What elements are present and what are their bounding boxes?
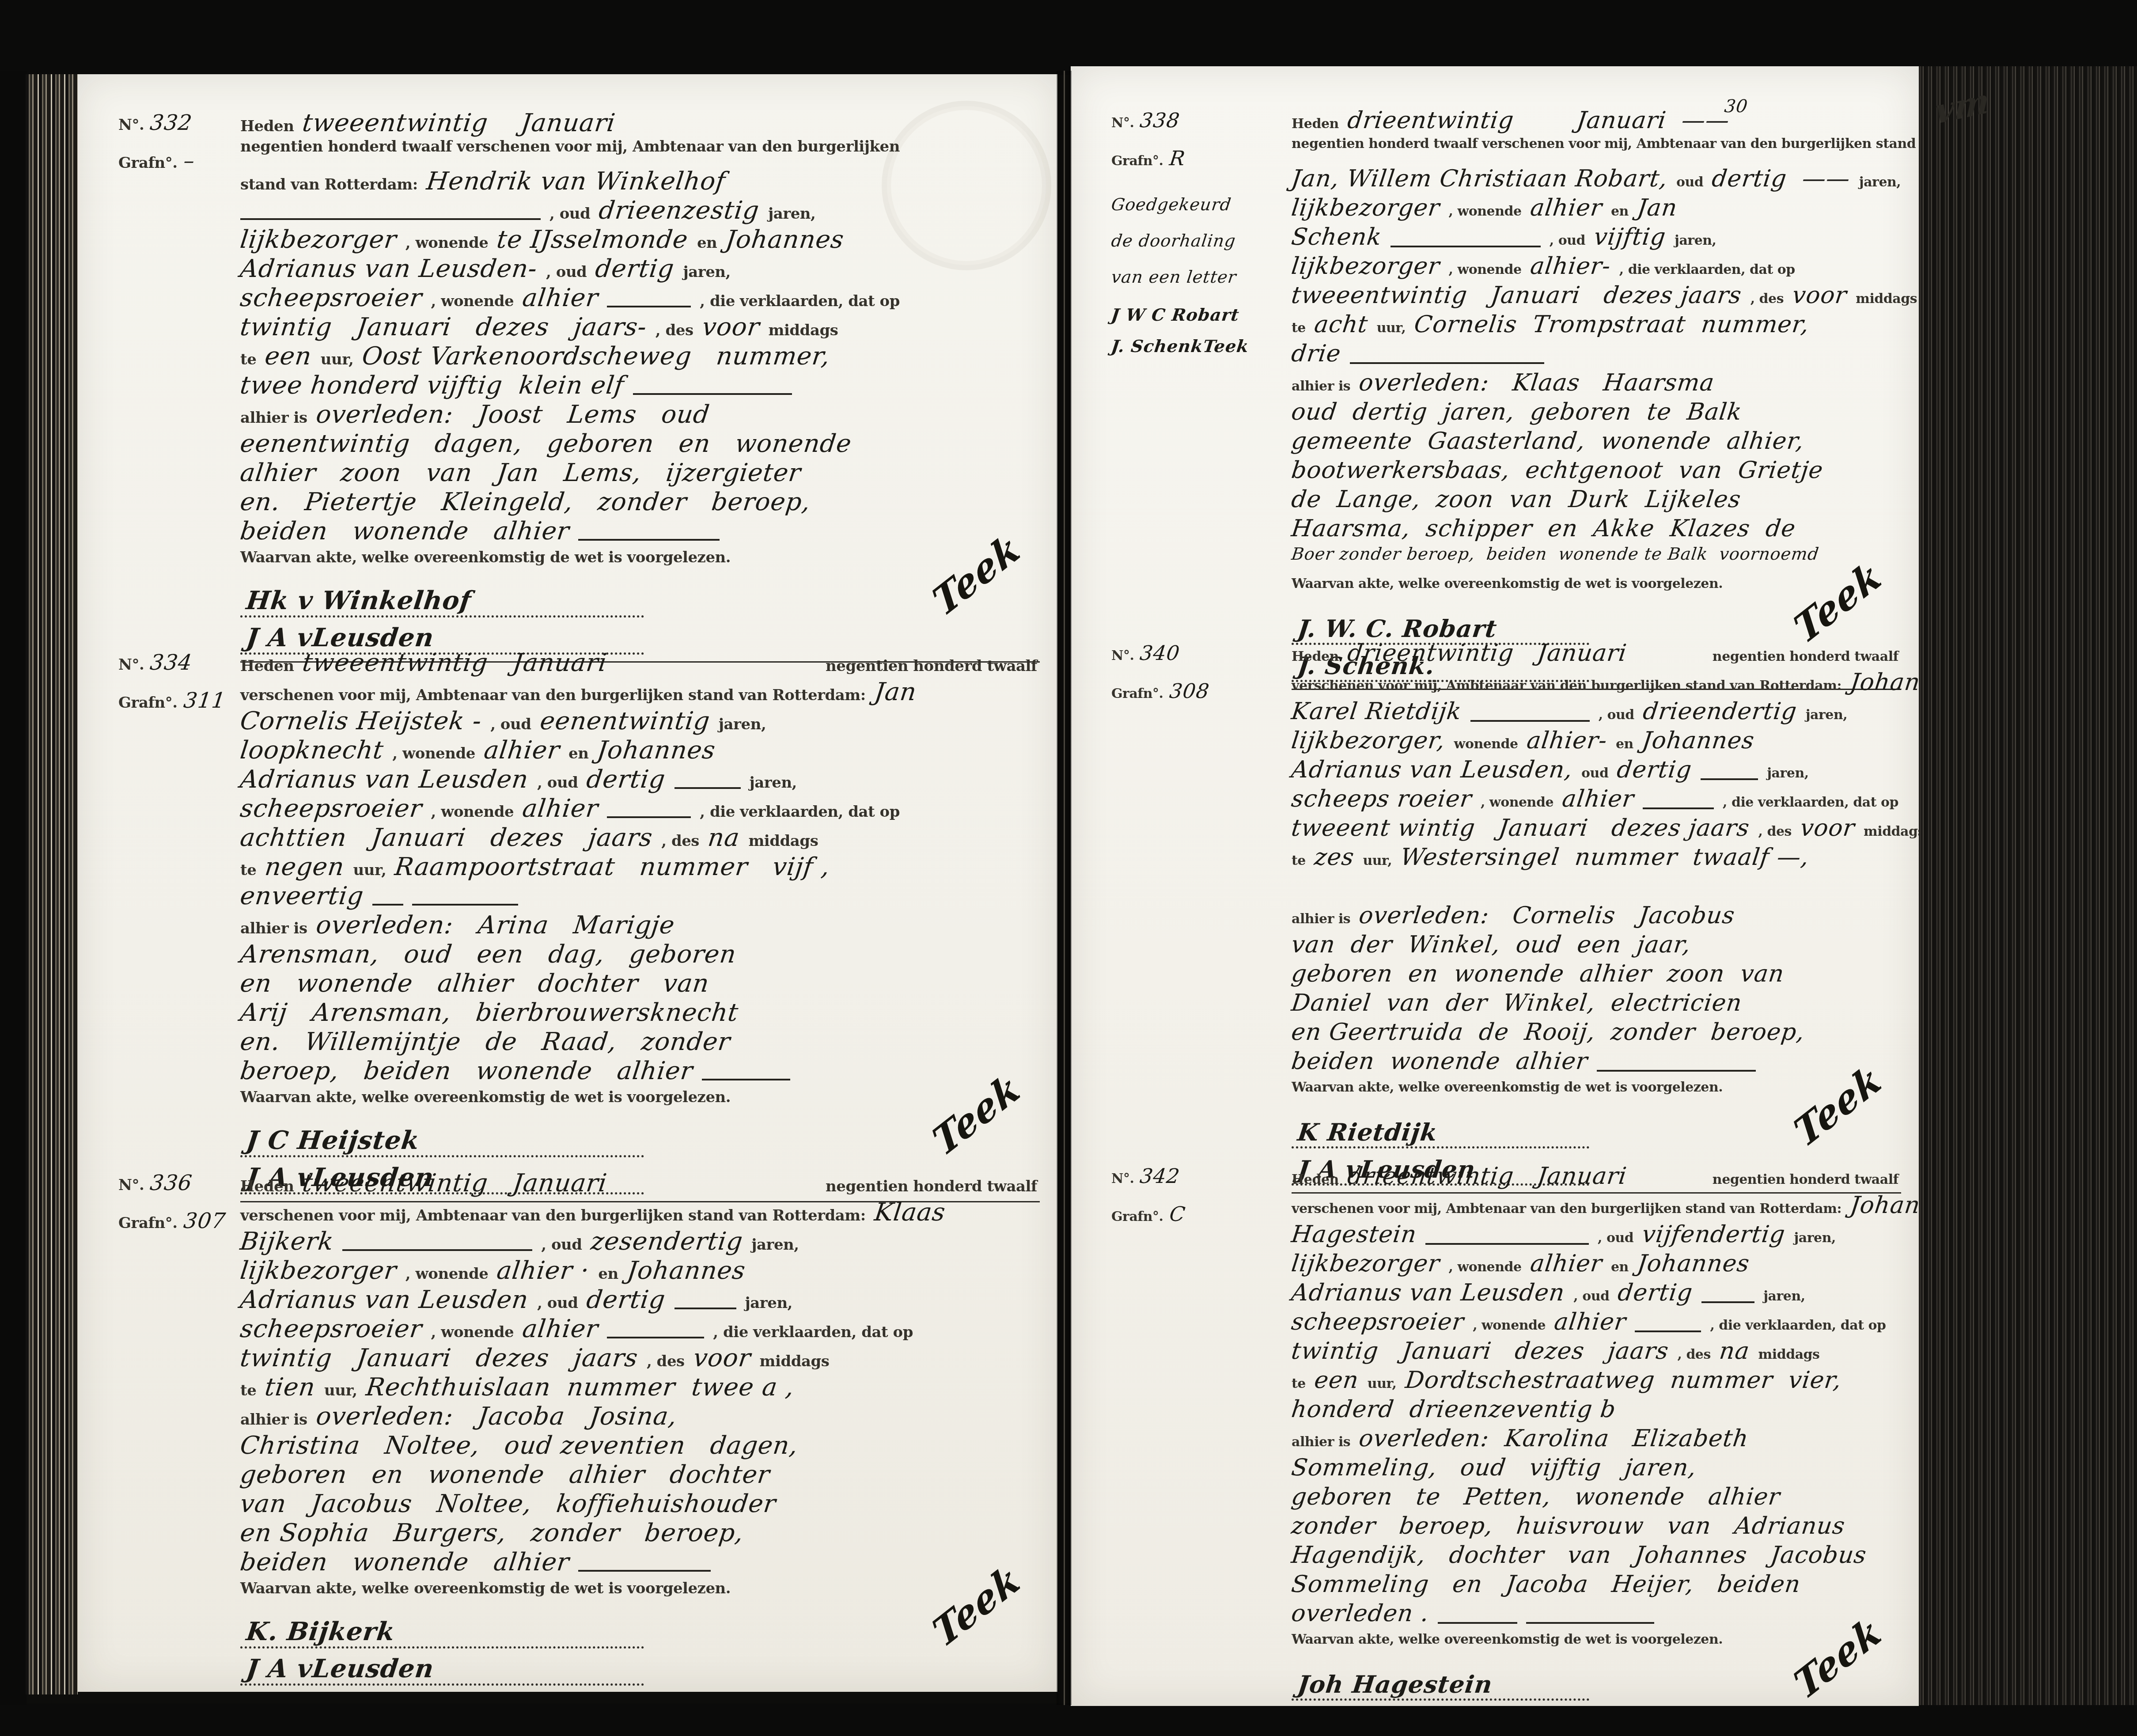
handwritten-text: van der Winkel, oud een jaar, xyxy=(1290,931,1692,958)
record-line: beiden wonende alhier xyxy=(1292,1048,1907,1077)
handwritten-text: Adrianus van Leusden xyxy=(239,1285,530,1314)
handwritten-text: Bijkerk xyxy=(239,1227,335,1256)
record-line: Cornelis Heijstek -, oudeenentwintigjare… xyxy=(240,707,1046,736)
record-line: twintig Januari dezes jaars, desvoormidd… xyxy=(240,1344,1046,1373)
blank-field-rule xyxy=(412,904,518,906)
printed-text: , die verklaarden, dat op xyxy=(1619,262,1795,277)
handwritten-text: 338 xyxy=(1139,109,1182,132)
record-line: oud dertig jaren, geboren te Balk xyxy=(1292,398,1907,428)
printed-text: jaren, xyxy=(768,205,815,223)
printed-text: middags xyxy=(1758,1347,1820,1362)
handwritten-text: drieentwintig Januari —— xyxy=(1346,107,1731,134)
printed-text: negentien honderd twaalf xyxy=(1713,649,1898,664)
handwritten-text: Sommeling en Jacoba Heijer, beiden xyxy=(1290,1571,1802,1598)
record-line: Haarsma, schipper en Akke Klazes de xyxy=(1292,515,1907,544)
handwritten-text: dertig xyxy=(1617,1279,1694,1306)
record-line: lijkbezorger, wonendealhier ·enJohannes xyxy=(240,1256,1046,1285)
printed-text: alhier is xyxy=(1292,379,1350,394)
handwritten-text: Raampoortstraat nummer vijf , xyxy=(393,853,831,881)
blank-field-rule xyxy=(1438,1622,1517,1624)
record-line: beiden wonende alhier xyxy=(240,1548,1046,1577)
printed-text: Grafn°. xyxy=(118,1214,178,1232)
witness-signature: J A vLeusden xyxy=(245,1654,436,1683)
register-right-page: 30N°.338Grafn°.RGoedgekeurdde doorhaling… xyxy=(1071,66,1919,1706)
handwritten-text: tweeentwintig Januari xyxy=(301,648,609,677)
handwritten-text: twintig Januari dezes jaars xyxy=(239,1344,640,1372)
record-line: twintig Januari dezes jaars-, desvoormid… xyxy=(240,313,1046,342)
printed-text: Heden xyxy=(240,118,294,135)
printed-text: uur, xyxy=(353,861,386,879)
handwritten-text: drieentwintig Januari xyxy=(1346,640,1628,667)
record-line: alhier isoverleden: Cornelis Jacobus xyxy=(1292,902,1907,931)
printed-text: en xyxy=(697,234,717,252)
graf-number: Grafn°.308 xyxy=(1111,679,1292,717)
record-line: Arensman, oud een dag, geboren xyxy=(240,940,1046,969)
printed-text: alhier is xyxy=(1292,911,1350,927)
record-line xyxy=(1292,873,1907,902)
handwritten-text: tweeentwintig Januari dezes jaars xyxy=(1290,282,1743,309)
handwritten-text: zes xyxy=(1313,844,1356,871)
handwritten-text: voor xyxy=(1799,815,1857,841)
witness-signature: K. Bijkerk xyxy=(245,1617,397,1646)
record-number: N°.340 xyxy=(1111,641,1292,679)
blank-field-rule xyxy=(633,393,792,395)
printed-text: middags xyxy=(760,1353,830,1370)
record-line: twintig Januari dezes jaars, desnamiddag… xyxy=(1292,1338,1907,1367)
handwritten-text: voor xyxy=(701,313,762,341)
record-line: Arij Arensman, bierbrouwersknecht xyxy=(240,998,1046,1027)
witness-signature-row: Hk v Winkelhof xyxy=(240,580,1046,618)
handwritten-text: zonder beroep, huisvrouw van Adrianus xyxy=(1290,1512,1846,1539)
book-edge-left xyxy=(0,71,27,1705)
handwritten-text: tien xyxy=(263,1373,317,1402)
record-line: enveertig xyxy=(240,882,1046,911)
record-line: lijkbezorger, wonendealhierenJohannes xyxy=(1292,1250,1907,1279)
handwritten-text: Johannes xyxy=(1849,1192,1919,1219)
witness-signature: J A vLeusden xyxy=(245,623,436,652)
printed-text: N°. xyxy=(118,116,144,134)
printed-text: te xyxy=(240,351,256,368)
book-fore-edge xyxy=(1918,66,2137,1705)
printed-text: , oud xyxy=(537,774,578,792)
death-record-entry-334: N°.334Grafn°.311Hedentweeentwintig Janua… xyxy=(78,648,1057,1194)
printed-text: , des xyxy=(1751,291,1784,307)
printed-text: oud xyxy=(1676,174,1703,190)
printed-text: uur, xyxy=(1377,320,1406,336)
handwritten-text: te IJsselmonde xyxy=(495,225,690,254)
handwritten-text: Jan xyxy=(1636,194,1679,221)
graf-number: Grafn°.307 xyxy=(118,1209,240,1247)
handwritten-text: eenentwintig xyxy=(538,707,712,735)
printed-text: , oud xyxy=(537,1294,578,1312)
handwritten-text: een xyxy=(1313,1367,1360,1394)
handwritten-text: twintig Januari dezes jaars- xyxy=(239,313,648,341)
entry-body: Hedendrieentwintig Januarinegentien hond… xyxy=(1292,1163,1919,1706)
printed-text: , wonende xyxy=(431,292,514,310)
handwritten-text: Dordtschestraatweg nummer vier, xyxy=(1404,1367,1843,1394)
handwritten-text: bootwerkersbaas, echtgenoot van Grietje xyxy=(1290,457,1825,484)
handwritten-text: een xyxy=(263,342,313,371)
printed-text: , wonende xyxy=(392,745,475,762)
handwritten-text: tweeentwintig Januari xyxy=(301,1169,609,1198)
handwritten-text: overleden: Cornelis Jacobus xyxy=(1357,902,1736,929)
printed-text: N°. xyxy=(1111,1171,1134,1186)
page-stack-texture xyxy=(26,74,78,1694)
handwritten-text: alhier- xyxy=(1529,253,1612,280)
printed-text: jaren, xyxy=(750,774,797,792)
handwritten-text: scheepsroeier xyxy=(1290,1308,1466,1335)
handwritten-text: Hagendijk, dochter van Johannes Jacobus xyxy=(1290,1542,1868,1569)
photo-dark-band-top xyxy=(0,0,2137,75)
record-line: Hedentweeentwintig Januarinegentien hond… xyxy=(240,648,1046,678)
printed-text: , wonende xyxy=(431,803,514,821)
record-number: N°.332 xyxy=(118,110,240,148)
printed-text: jaren, xyxy=(751,1236,799,1254)
printed-text: N°. xyxy=(1111,115,1134,131)
handwritten-text: Klaas xyxy=(873,1198,947,1227)
record-line: verschenen voor mij, Ambtenaar van den b… xyxy=(240,1198,1046,1227)
handwritten-text: 307 xyxy=(182,1209,227,1233)
handwritten-text: scheepsroeier xyxy=(239,1315,424,1343)
printed-text: Grafn°. xyxy=(1111,1209,1163,1224)
handwritten-text: beiden wonende alhier xyxy=(1290,1048,1589,1075)
printed-text: verschenen voor mij, Ambtenaar van den b… xyxy=(1292,1201,1841,1217)
printed-text: N°. xyxy=(118,656,144,674)
printed-text: , die verklaarden, dat op xyxy=(700,292,900,310)
witness-signature-row: J C Heijstek xyxy=(240,1120,1046,1157)
witness-signature-row: K. Bijkerk xyxy=(240,1611,1046,1649)
record-line: geboren en wonende alhier zoon van xyxy=(1292,960,1907,989)
handwritten-text: Johannes xyxy=(625,1256,747,1285)
printed-text: Heden xyxy=(1292,116,1339,132)
printed-text: jaren, xyxy=(1859,174,1901,190)
handwritten-text: alhier xyxy=(1553,1308,1628,1335)
handwritten-text: dertig xyxy=(585,1285,667,1314)
printed-text: alhier is xyxy=(1292,1434,1350,1450)
blank-field-rule xyxy=(1526,1622,1654,1624)
entry-margin-column: N°.340Grafn°.308 xyxy=(1071,640,1292,717)
handwritten-text: Rechthuislaan nummer twee a , xyxy=(364,1373,796,1402)
graf-number: Grafn°.– xyxy=(118,148,240,186)
handwritten-text: 332 xyxy=(149,110,194,135)
handwritten-text: en Geertruida de Rooij, zonder beroep, xyxy=(1290,1019,1806,1046)
handwritten-text: Adrianus van Leusden- xyxy=(239,254,539,283)
record-line: tezesuur,Westersingel nummer twaalf —, xyxy=(1292,844,1907,873)
blank-field-rule xyxy=(240,218,541,220)
witness-signature: K Rietdijk xyxy=(1296,1118,1439,1146)
printed-text: Waarvan akte, welke overeenkomstig de we… xyxy=(240,1580,731,1597)
handwritten-text: honderd drieenzeventig b xyxy=(1290,1396,1618,1423)
record-line: Karel Rietdijk, ouddrieendertigjaren, xyxy=(1292,698,1907,727)
record-line: Adrianus van Leusden, ouddertigjaren, xyxy=(1292,1279,1907,1308)
entry-margin-column: N°.336Grafn°.307 xyxy=(78,1169,240,1247)
handwritten-text: alhier xyxy=(521,794,600,823)
signature-line: Joh Hagestein xyxy=(1292,1670,1589,1701)
printed-text: Waarvan akte, welke overeenkomstig de we… xyxy=(1292,1080,1723,1095)
record-line: tweeentwintig Januari dezes jaars, desvo… xyxy=(1292,282,1907,311)
record-line: drie xyxy=(1292,340,1907,369)
graf-number: Grafn°.311 xyxy=(118,688,240,726)
printed-text: Heden xyxy=(1292,1172,1339,1187)
handwritten-text: alhier · xyxy=(495,1256,591,1285)
handwritten-text: lijkbezorger xyxy=(1290,1250,1441,1277)
printed-text: stand van Rotterdam: xyxy=(240,176,418,193)
handwritten-text: drie xyxy=(1290,340,1342,367)
blank-field-rule xyxy=(1425,1243,1589,1245)
blank-field-rule xyxy=(342,1249,532,1251)
handwritten-text: na xyxy=(706,823,741,852)
record-line: beroep, beiden wonende alhier xyxy=(240,1057,1046,1086)
printed-text: uur, xyxy=(1363,853,1392,868)
printed-text: jaren, xyxy=(683,263,730,281)
graf-number: Grafn°.R xyxy=(1111,147,1292,185)
handwritten-text: Hagestein xyxy=(1290,1221,1418,1248)
blank-field-rule xyxy=(1470,720,1590,722)
handwritten-text: twee honderd vijftig klein elf xyxy=(239,371,626,400)
handwritten-text: en. Willemijntje de Raad, zonder xyxy=(239,1027,732,1056)
handwritten-text: de Lange, zoon van Durk Lijkeles xyxy=(1290,486,1743,513)
entry-body: Hedentweeentwintig Januarinegentien hond… xyxy=(240,109,1057,655)
closing-formula-line: Waarvan akte, welke overeenkomstig de we… xyxy=(240,1088,1046,1120)
handwritten-text: 308 xyxy=(1168,679,1211,703)
entry-margin-column: N°.342Grafn°.C xyxy=(1071,1163,1292,1240)
printed-text: middags xyxy=(1864,824,1919,839)
handwritten-text: Johannes xyxy=(595,736,717,765)
handwritten-text: overleden: Klaas Haarsma xyxy=(1357,369,1716,396)
record-line: en. Willemijntje de Raad, zonder xyxy=(240,1027,1046,1057)
handwritten-text: dertig xyxy=(594,254,676,283)
printed-text: , wonende xyxy=(1481,795,1553,810)
handwritten-text: voor xyxy=(1791,282,1849,309)
record-line: overleden . xyxy=(1292,1600,1907,1629)
handwritten-text: Adrianus van Leusden xyxy=(1290,1279,1566,1306)
record-line: , ouddrieenzestigjaren, xyxy=(240,196,1046,225)
printed-text: uur, xyxy=(321,351,354,368)
record-line: lijkbezorger, wonendealhier-, die verkla… xyxy=(1292,253,1907,282)
printed-text: verschenen voor mij, Ambtenaar van den b… xyxy=(1292,678,1841,694)
printed-text: , die verklaarden, dat op xyxy=(713,1323,913,1341)
printed-text: Grafn°. xyxy=(118,154,178,172)
blank-field-rule xyxy=(1391,246,1541,247)
printed-text: , des xyxy=(1758,824,1792,839)
handwritten-text: scheeps roeier xyxy=(1290,785,1473,812)
record-line: en Sophia Burgers, zonder beroep, xyxy=(240,1519,1046,1548)
printed-text: N°. xyxy=(1111,648,1134,663)
printed-text: alhier is xyxy=(240,409,307,427)
handwritten-text: drieenzestig xyxy=(597,196,761,225)
printed-text: , oud xyxy=(1550,233,1585,248)
printed-text: uur, xyxy=(324,1382,357,1399)
blank-field-rule xyxy=(674,1308,736,1309)
printed-text: , des xyxy=(655,322,693,339)
printed-text: negentien honderd twaalf xyxy=(1713,1172,1898,1187)
witness-signature: J. W. C. Robart xyxy=(1296,614,1499,643)
record-line: Hagestein, oudvijfendertigjaren, xyxy=(1292,1221,1907,1250)
handwritten-text: en. Pietertje Kleingeld, zonder beroep, xyxy=(239,488,812,516)
margin-annotation: Goedgekeurd xyxy=(1109,188,1233,221)
handwritten-text: – xyxy=(182,148,196,173)
handwritten-text: vijftig xyxy=(1592,224,1667,250)
printed-text: jaren, xyxy=(1675,233,1716,248)
handwritten-text: alhier xyxy=(521,1315,600,1343)
printed-text: , des xyxy=(661,832,699,850)
handwritten-text: Arij Arensman, bierbrouwersknecht xyxy=(239,998,740,1027)
record-line: Bijkerk, oudzesendertigjaren, xyxy=(240,1227,1046,1256)
record-line: gemeente Gaasterland, wonende alhier, xyxy=(1292,428,1907,457)
handwritten-text: loopknecht xyxy=(239,736,385,765)
record-line: de Lange, zoon van Durk Lijkeles xyxy=(1292,486,1907,515)
printed-text: en xyxy=(1616,736,1633,752)
record-line: alhier isoverleden: Arina Marigje xyxy=(240,911,1046,940)
record-line: tetienuur,Rechthuislaan nummer twee a , xyxy=(240,1373,1046,1402)
blank-field-rule xyxy=(607,1337,704,1338)
book-gutter-line xyxy=(1064,71,1065,1705)
signature-line: K Rietdijk xyxy=(1292,1118,1589,1148)
printed-text: jaren, xyxy=(745,1294,792,1312)
printed-text: jaren, xyxy=(1767,766,1808,781)
handwritten-text: alhier zoon van Jan Lems, ijzergieter xyxy=(239,459,803,487)
printed-text: negentien honderd twaalf verschenen voor… xyxy=(240,138,900,155)
record-number: N°.338 xyxy=(1111,109,1292,147)
handwritten-text: 340 xyxy=(1139,641,1182,665)
printed-text: en xyxy=(1611,204,1629,219)
handwritten-text: acht xyxy=(1313,311,1369,338)
record-line: scheepsroeier, wonendealhier, die verkla… xyxy=(240,794,1046,823)
handwritten-text: Johannes xyxy=(1641,727,1756,754)
scanned-register-photo: N°.332Grafn°.–Hedentweeentwintig Januari… xyxy=(0,0,2137,1736)
blank-field-rule xyxy=(578,1570,711,1572)
signature-line: K. Bijkerk xyxy=(240,1617,644,1649)
printed-text: Grafn°. xyxy=(1111,153,1163,169)
margin-annotation: de doorhaling xyxy=(1109,224,1238,257)
handwritten-text: Arensman, oud een dag, geboren xyxy=(239,940,738,969)
death-record-entry-332: N°.332Grafn°.–Hedentweeentwintig Januari… xyxy=(78,109,1057,655)
handwritten-text: Adrianus van Leusden, xyxy=(1290,756,1574,783)
handwritten-text: Westersingel nummer twaalf —, xyxy=(1399,844,1811,871)
handwritten-text: drieentwintig Januari xyxy=(1346,1163,1628,1190)
photo-dark-band-bottom xyxy=(0,1703,2137,1736)
record-line: scheeps roeier, wonendealhier, die verkl… xyxy=(1292,785,1907,815)
handwritten-text: Schenk xyxy=(1290,224,1383,250)
blank-field-rule xyxy=(607,306,691,307)
record-line: Hedendrieentwintig Januari —— xyxy=(1292,107,1907,136)
closing-formula-line: Waarvan akte, welke overeenkomstig de we… xyxy=(240,1580,1046,1611)
handwritten-text: overleden: Karolina Elizabeth xyxy=(1357,1425,1750,1452)
printed-text: Grafn°. xyxy=(1111,686,1163,701)
record-line: Sommeling, oud vijftig jaren, xyxy=(1292,1454,1907,1483)
left-page-entries: N°.332Grafn°.–Hedentweeentwintig Januari… xyxy=(78,74,1057,1692)
record-line: en. Pietertje Kleingeld, zonder beroep, xyxy=(240,488,1046,517)
margin-signature: J W C Robart xyxy=(1110,305,1240,325)
printed-text: verschenen voor mij, Ambtenaar van den b… xyxy=(240,686,866,704)
handwritten-text: 311 xyxy=(182,688,227,713)
record-line: Schenk, oudvijftigjaren, xyxy=(1292,224,1907,253)
record-line: en wonende alhier dochter van xyxy=(240,969,1046,998)
entry-body: Hedentweeentwintig Januarinegentien hond… xyxy=(240,1169,1057,1686)
printed-text: te xyxy=(240,861,256,879)
handwritten-text: van Jacobus Noltee, koffiehuishouder xyxy=(239,1490,778,1518)
printed-text: verschenen voor mij, Ambtenaar van den b… xyxy=(240,1207,866,1224)
record-line: scheepsroeier, wonendealhier, die verkla… xyxy=(1292,1308,1907,1338)
death-record-entry-340: N°.340Grafn°.308Hedendrieentwintig Janua… xyxy=(1071,640,1919,1186)
handwritten-text: Daniel van der Winkel, electricien xyxy=(1290,989,1743,1016)
printed-text: , wonende xyxy=(1473,1318,1546,1333)
record-line: Adrianus van Leusden-, ouddertigjaren, xyxy=(240,254,1046,284)
printed-text: , die verklaarden, dat op xyxy=(1723,795,1898,810)
printed-text: jaren, xyxy=(1794,1230,1836,1246)
handwritten-text: overleden . xyxy=(1290,1600,1430,1627)
printed-text: Waarvan akte, welke overeenkomstig de we… xyxy=(1292,1632,1723,1647)
printed-text: te xyxy=(1292,320,1306,336)
entry-margin-column: N°.332Grafn°.– xyxy=(78,109,240,186)
handwritten-text: geboren te Petten, wonende alhier xyxy=(1290,1483,1781,1510)
printed-text: , die verklaarden, dat op xyxy=(1710,1318,1886,1333)
record-line: van Jacobus Noltee, koffiehuishouder xyxy=(240,1490,1046,1519)
printed-text: , wonende xyxy=(431,1323,514,1341)
handwritten-text: lijkbezorger xyxy=(1290,194,1441,221)
handwritten-text: Cornelis Heijstek - xyxy=(239,707,483,735)
printed-text: alhier is xyxy=(240,1411,307,1429)
record-line: teeenuur,Dordtschestraatweg nummer vier, xyxy=(1292,1367,1907,1396)
handwritten-text: en wonende alhier dochter van xyxy=(239,969,711,998)
blank-field-rule xyxy=(372,904,403,906)
right-page-entries: 30N°.338Grafn°.RGoedgekeurdde doorhaling… xyxy=(1071,66,1919,1706)
handwritten-text: alhier xyxy=(1561,785,1636,812)
handwritten-text: Johannes xyxy=(724,225,846,254)
handwritten-text: Christina Noltee, oud zeventien dagen, xyxy=(239,1431,799,1460)
signature-line: J A vLeusden xyxy=(240,1654,644,1686)
handwritten-text: Cornelis Trompstraat nummer, xyxy=(1413,311,1811,338)
handwritten-text: 336 xyxy=(149,1171,194,1195)
record-line: Hedendrieentwintig Januarinegentien hond… xyxy=(1292,640,1907,669)
graf-number: Grafn°.C xyxy=(1111,1202,1292,1240)
handwritten-text: Jan xyxy=(873,678,918,706)
printed-text: te xyxy=(1292,1376,1306,1391)
record-line: Adrianus van Leusden, ouddertigjaren, xyxy=(240,1285,1046,1315)
record-line: Sommeling en Jacoba Heijer, beiden xyxy=(1292,1571,1907,1600)
printed-text: te xyxy=(240,1382,256,1399)
handwritten-text: zesendertig xyxy=(589,1227,745,1256)
handwritten-text: R xyxy=(1168,147,1186,170)
printed-text: negentien honderd twaalf xyxy=(826,657,1037,675)
handwritten-text: en Sophia Burgers, zonder beroep, xyxy=(239,1519,745,1547)
printed-text: middags xyxy=(768,322,838,339)
handwritten-text: Johannes xyxy=(1636,1250,1751,1277)
printed-text: middags xyxy=(748,832,818,850)
record-line: achttien Januari dezes jaars, desnamidda… xyxy=(240,823,1046,853)
witness-signature-row: J A vLeusden xyxy=(240,1649,1046,1686)
handwritten-text: overleden: Joost Lems oud xyxy=(314,400,711,429)
handwritten-text: tweeentwintig Januari xyxy=(301,109,617,137)
register-left-page: N°.332Grafn°.–Hedentweeentwintig Januari… xyxy=(78,74,1057,1692)
handwritten-text: Adrianus van Leusden xyxy=(239,765,530,794)
record-line: bootwerkersbaas, echtgenoot van Grietje xyxy=(1292,457,1907,486)
printed-text: Heden xyxy=(240,657,294,675)
printed-text: en xyxy=(598,1265,618,1283)
printed-text: oud xyxy=(1581,766,1608,781)
handwritten-text: scheepsroeier xyxy=(239,284,424,312)
printed-text: te xyxy=(1292,853,1306,868)
handwritten-text: tweeent wintig Januari dezes jaars xyxy=(1290,815,1751,841)
printed-text: jaren, xyxy=(719,716,766,733)
record-line: lijkbezorger, wonendete IJsselmondeenJoh… xyxy=(240,225,1046,254)
printed-text: , oud xyxy=(549,205,590,223)
record-line: geboren en wonende alhier dochter xyxy=(240,1460,1046,1490)
printed-text: Grafn°. xyxy=(118,694,178,712)
record-line: Hedentweeentwintig Januari xyxy=(240,109,1046,138)
printed-text: Waarvan akte, welke overeenkomstig de we… xyxy=(240,1088,731,1106)
printed-text: , wonende xyxy=(1449,1259,1522,1275)
